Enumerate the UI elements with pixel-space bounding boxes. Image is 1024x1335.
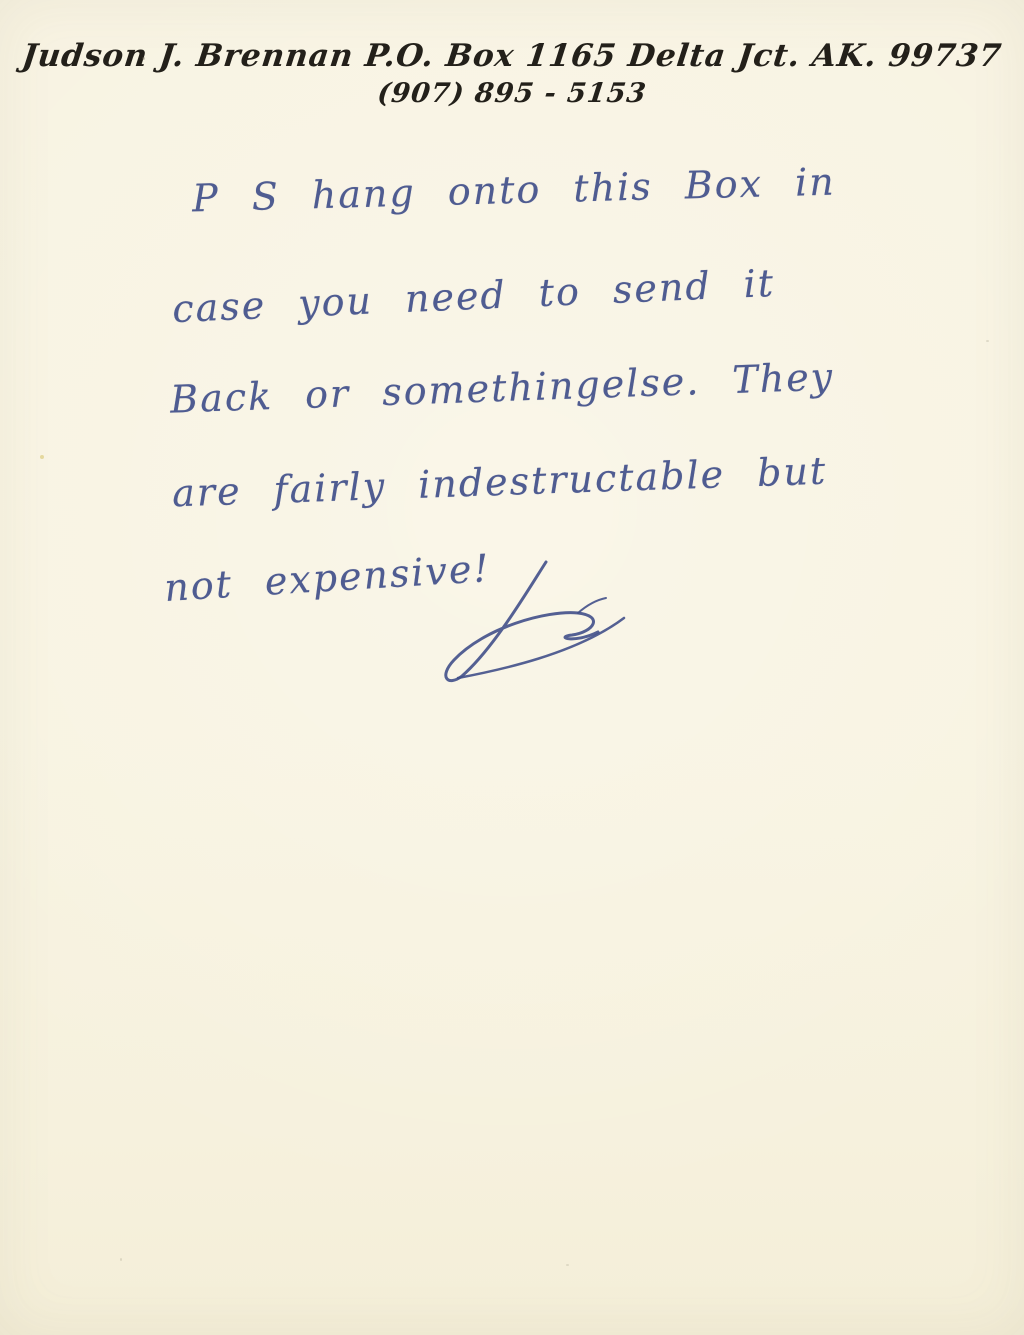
letterhead-name-address: Judson J. Brennan P.O. Box 1165 Delta Jc… bbox=[0, 36, 1024, 76]
handwritten-line-3: Back or somethingelse. They bbox=[169, 354, 834, 421]
paper-speck bbox=[566, 1264, 569, 1266]
paper-stain bbox=[40, 455, 44, 459]
paper-speck bbox=[986, 340, 989, 342]
handwritten-line-4: are fairly indestructable but bbox=[171, 449, 827, 516]
letterhead-phone: (907) 895 - 5153 bbox=[0, 78, 1024, 110]
paper-speck bbox=[142, 57, 145, 60]
scanned-note-page: Judson J. Brennan P.O. Box 1165 Delta Jc… bbox=[0, 0, 1024, 1335]
handwritten-line-1: P S hang onto this Box in bbox=[192, 160, 837, 221]
paper-speck bbox=[906, 50, 908, 52]
signature-initials-jb bbox=[428, 556, 628, 686]
handwritten-line-2: case you need to send it bbox=[171, 261, 776, 331]
letterhead: Judson J. Brennan P.O. Box 1165 Delta Jc… bbox=[0, 36, 1024, 110]
paper-speck bbox=[120, 1258, 122, 1261]
